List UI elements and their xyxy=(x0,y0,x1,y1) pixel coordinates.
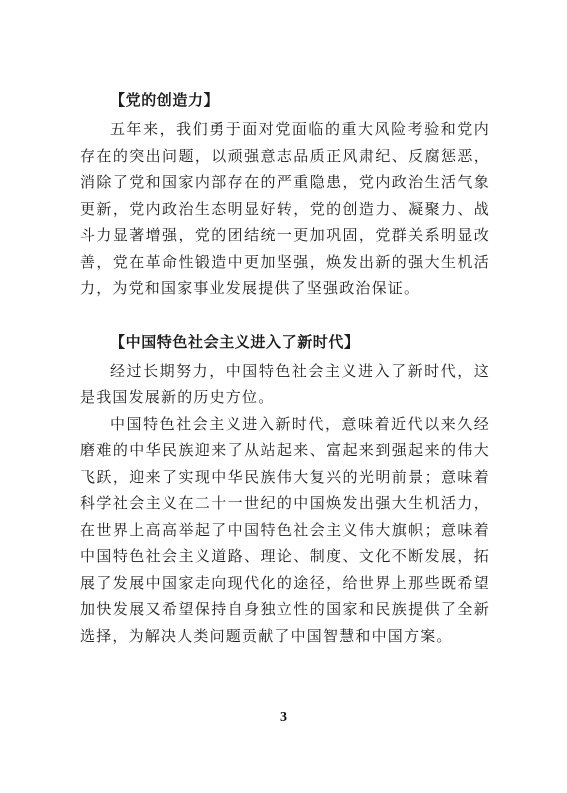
section-heading: 【中国特色社会主义进入了新时代】 xyxy=(80,330,490,357)
section-party-creativity: 【党的创造力】 五年来，我们勇于面对党面临的重大风险考验和党内存在的突出问题，以… xyxy=(80,88,490,303)
page-content: 【党的创造力】 五年来，我们勇于面对党面临的重大风险考验和党内存在的突出问题，以… xyxy=(80,88,490,650)
section-heading: 【党的创造力】 xyxy=(80,88,490,115)
document-page: 【党的创造力】 五年来，我们勇于面对党面临的重大风险考验和党内存在的突出问题，以… xyxy=(0,0,567,793)
page-number: 3 xyxy=(0,710,567,726)
paragraph: 中国特色社会主义进入新时代，意味着近代以来久经磨难的中华民族迎来了从站起来、富起… xyxy=(80,412,490,651)
section-new-era: 【中国特色社会主义进入了新时代】 经过长期努力，中国特色社会主义进入了新时代，这… xyxy=(80,330,490,651)
paragraph: 经过长期努力，中国特色社会主义进入了新时代，这是我国发展新的历史方位。 xyxy=(80,359,490,412)
paragraph: 五年来，我们勇于面对党面临的重大风险考验和党内存在的突出问题，以顽强意志品质正风… xyxy=(80,117,490,303)
